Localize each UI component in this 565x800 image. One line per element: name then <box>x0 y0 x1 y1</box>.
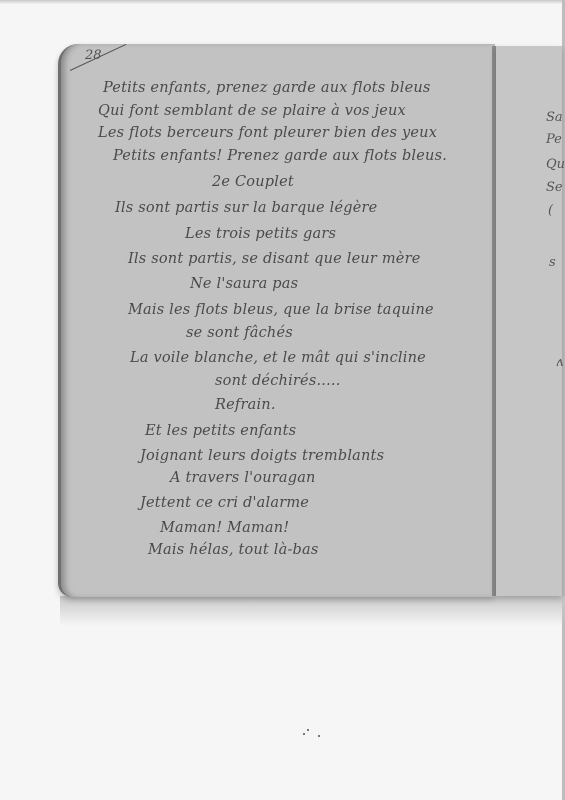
handwritten-line: La voile blanche, et le mât qui s'inclin… <box>130 350 426 366</box>
scan-top-edge <box>0 0 565 4</box>
handwritten-line: Les flots berceurs font pleurer bien des… <box>98 125 437 141</box>
handwritten-line: 2e Couplet <box>212 174 294 190</box>
handwritten-line: Mais hélas, tout là-bas <box>148 542 319 558</box>
right-page-fragment: Se <box>546 180 563 195</box>
handwritten-line: Les trois petits gars <box>185 226 336 242</box>
handwritten-line: Refrain. <box>215 397 276 413</box>
handwritten-line: A travers l'ouragan <box>170 470 316 486</box>
handwritten-line: Petits enfants, prenez garde aux flots b… <box>103 80 431 96</box>
right-page-fragment: ʌ <box>556 355 563 370</box>
right-page-fragment: Sa <box>546 110 563 125</box>
handwritten-line: Ils sont partis sur la barque légère <box>115 200 377 216</box>
dust-speck <box>303 733 305 735</box>
handwritten-line: se sont fâchés <box>186 325 293 341</box>
handwritten-line: Maman! Maman! <box>160 520 289 536</box>
notebook-shadow <box>60 596 565 626</box>
handwritten-line: Jettent ce cri d'alarme <box>140 495 309 511</box>
notebook-right-page <box>496 46 562 596</box>
handwritten-line: Petits enfants! Prenez garde aux flots b… <box>113 148 447 164</box>
handwritten-line: Mais les flots bleus, que la brise taqui… <box>128 302 434 318</box>
handwritten-line: sont déchirés..... <box>215 373 341 389</box>
handwritten-line: Joignant leurs doigts tremblants <box>140 448 384 464</box>
handwritten-line: Qui font semblant de se plaire à vos jeu… <box>98 103 406 119</box>
handwritten-line: Ils sont partis, se disant que leur mère <box>128 251 421 267</box>
right-page-fragment: Pe <box>546 132 562 147</box>
handwritten-line: Et les petits enfants <box>145 423 296 439</box>
right-page-fragment: Qu <box>546 157 565 172</box>
handwritten-line: Ne l'saura pas <box>190 276 298 292</box>
right-page-fragment: s <box>549 255 556 270</box>
right-page-fragment: ( <box>548 203 553 218</box>
dust-speck <box>307 729 309 731</box>
dust-speck <box>318 735 320 737</box>
